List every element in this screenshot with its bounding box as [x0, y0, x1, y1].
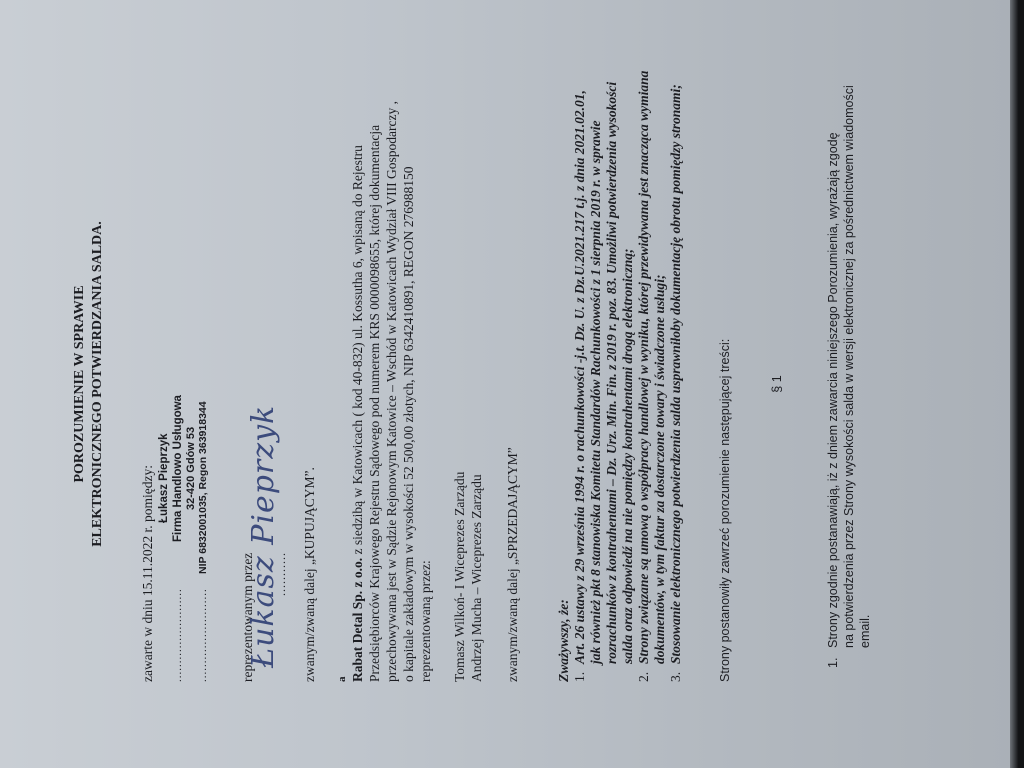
- clause-1-line1: Strony zgodnie postanawiają, iż z dniem …: [826, 132, 840, 648]
- buyer-stamp-address: 32-420 Gdów 53: [185, 427, 197, 510]
- seller-line4: o kapitale zakładowym w wysokości 52 500…: [401, 167, 417, 682]
- whereas-1-num: 1.: [572, 672, 588, 682]
- section-heading: § 1: [770, 0, 784, 768]
- seller-line3: przechowywana jest w Sądzie Rejonowym Ka…: [384, 101, 400, 682]
- buyer-dots-2: .........................: [197, 588, 209, 682]
- rotated-document-page: POROZUMIENIE W SPRAWIE ELEKTRONICZNEGO P…: [0, 0, 1024, 768]
- seller-rep2: Andrzej Mucha – Wiceprezes Zarządu: [469, 474, 485, 682]
- buyer-signature: Łukasz Pieprzyk: [246, 405, 281, 668]
- seller-line5: reprezentowaną przez:: [418, 560, 434, 682]
- whereas-1-line4: salda oraz odpowiedź na nie pomiędzy kon…: [620, 248, 636, 664]
- whereas-1-line2: jak również pkt 8 stanowiska Komitetu St…: [588, 121, 604, 665]
- whereas-3-num: 3.: [668, 672, 684, 682]
- buyer-stamp-name: Łukasz Pieprzyk: [158, 434, 170, 523]
- buyer-stamp-company: Firma Handlowo Usługowa: [172, 395, 184, 542]
- seller-rep1: Tomasz Wilkoń- I Wiceprezes Zarządu: [452, 472, 468, 682]
- seller-name: Rabat Detal Sp. z o.o.: [350, 558, 365, 682]
- conjunction: a: [336, 677, 348, 683]
- clause-1-num: 1.: [826, 658, 840, 668]
- seller-line1: Rabat Detal Sp. z o.o. z siedzibą w Kato…: [350, 145, 366, 682]
- buyer-stamp-ids: NIP 6832001035, Regon 363918344: [197, 401, 209, 574]
- seller-called: zwanym/zwaną dalej „SPRZEDAJĄCYM”: [505, 447, 521, 682]
- whereas-3-line1: Stosowanie elektronicznego potwierdzenia…: [668, 84, 684, 664]
- seller-address: z siedzibą w Katowicach ( kod 40-832) ul…: [350, 145, 365, 558]
- agreement-intro: zawarte w dniu 15.11.2022 r. pomiędzy:: [140, 465, 156, 682]
- decision-text: Strony postanowiły zawrzeć porozumienie …: [718, 339, 732, 682]
- document-title-line1: POROZUMIENIE W SPRAWIE: [72, 0, 88, 768]
- whereas-2-line1: Strony związane są umową o współpracy ha…: [636, 71, 652, 664]
- whereas-1-line3: rozrachunków z kontrahentami – Dz. Urz. …: [604, 82, 620, 664]
- buyer-dots: .........................: [172, 588, 184, 682]
- clause-1-line3: email.: [858, 615, 872, 648]
- whereas-heading: Zważywszy, że:: [556, 599, 572, 682]
- document-title-line2: ELEKTRONICZNEGO POTWIERDZANIA SALDA.: [90, 0, 106, 768]
- clause-1-line2: na potwierdzenia przez Strony wysokości …: [842, 85, 856, 648]
- whereas-2-line2: dokumentów, w tym faktur za dostarczone …: [652, 274, 668, 664]
- buyer-called: zwanym/zwaną dalej „KUPUJĄCYM”.: [302, 467, 318, 682]
- whereas-2-num: 2.: [636, 672, 652, 682]
- seller-line2: Przedsiębiorców Krajowego Rejestru Sądow…: [367, 125, 383, 682]
- whereas-1-line1: Art. 26 ustawy z 29 września 1994 r. o r…: [572, 90, 588, 664]
